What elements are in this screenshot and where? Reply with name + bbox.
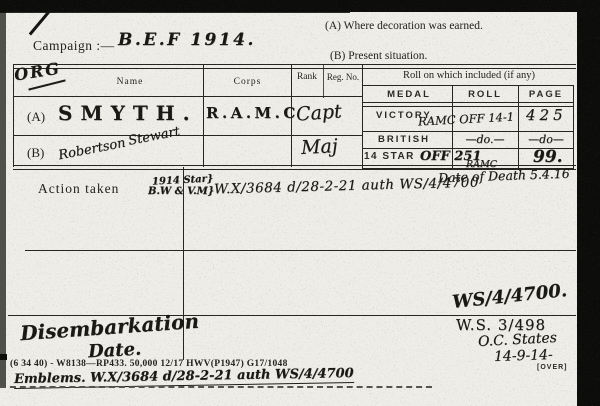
- surname-value: SMYTH.: [58, 101, 198, 125]
- roll-col-header: ROLL: [452, 89, 518, 100]
- campaign-label: Campaign :—: [33, 38, 115, 54]
- forename-value: Robertson: [57, 136, 127, 164]
- middle-name-value: Stewart: [127, 124, 181, 149]
- medal-index-card: Campaign :— B.E.F 1914. (A) Where decora…: [0, 0, 600, 406]
- note-where-decoration-earned: (A) Where decoration was earned.: [325, 20, 483, 32]
- british-roll-ditto: —do.—: [452, 133, 518, 146]
- row-b-label: (B): [27, 145, 44, 161]
- campaign-value: B.E.F 1914.: [118, 30, 256, 50]
- over-stamp: [OVER]: [537, 364, 568, 371]
- row-a-label: (A): [27, 109, 45, 125]
- medal-row-british: BRITISH: [378, 134, 430, 145]
- victory-page-value: 425: [526, 106, 567, 124]
- medal-row-14-star: 14 STAR: [364, 151, 415, 162]
- medal-col-header: MEDAL: [366, 89, 452, 100]
- column-header-corps: Corps: [205, 77, 290, 87]
- scan-bottom-edge: [0, 386, 432, 388]
- scan-top-band-left: [0, 0, 350, 13]
- org-annotation: ORG: [13, 58, 62, 84]
- rank-a-value: Capt: [295, 100, 342, 125]
- column-header-rank: Rank: [291, 72, 323, 82]
- scan-right-band: [577, 0, 600, 406]
- ws-reference-main: WS/4/4700.: [451, 280, 568, 313]
- column-header-name: Name: [60, 77, 200, 87]
- column-header-reg-no: Reg. No.: [322, 72, 364, 82]
- oc-states-date: 14-9-14-: [494, 347, 553, 365]
- star-page-value: 99.: [533, 147, 563, 167]
- action-taken-label: Action taken: [38, 181, 119, 197]
- table-top-rule: [13, 64, 576, 69]
- corps-value: R.A.M.C: [206, 104, 299, 122]
- british-page-ditto: —do—: [518, 133, 574, 146]
- action-authority-value: W.X/3684 d/28-2-21 auth WS/4/4700: [214, 175, 479, 198]
- column-header-roll: Roll on which included (if any): [366, 70, 572, 81]
- scan-left-edge: [0, 12, 6, 386]
- rank-b-value: Maj: [300, 135, 338, 159]
- action-medals-line2: B.W & V.M}: [148, 186, 214, 197]
- mid-section-rule: [25, 250, 576, 251]
- header-bottom-rule: [13, 96, 363, 97]
- page-col-header: PAGE: [518, 89, 574, 100]
- scan-left-tick: [0, 354, 7, 360]
- card-corner-crease: [29, 11, 51, 36]
- note-present-situation: (B) Present situation.: [330, 50, 427, 62]
